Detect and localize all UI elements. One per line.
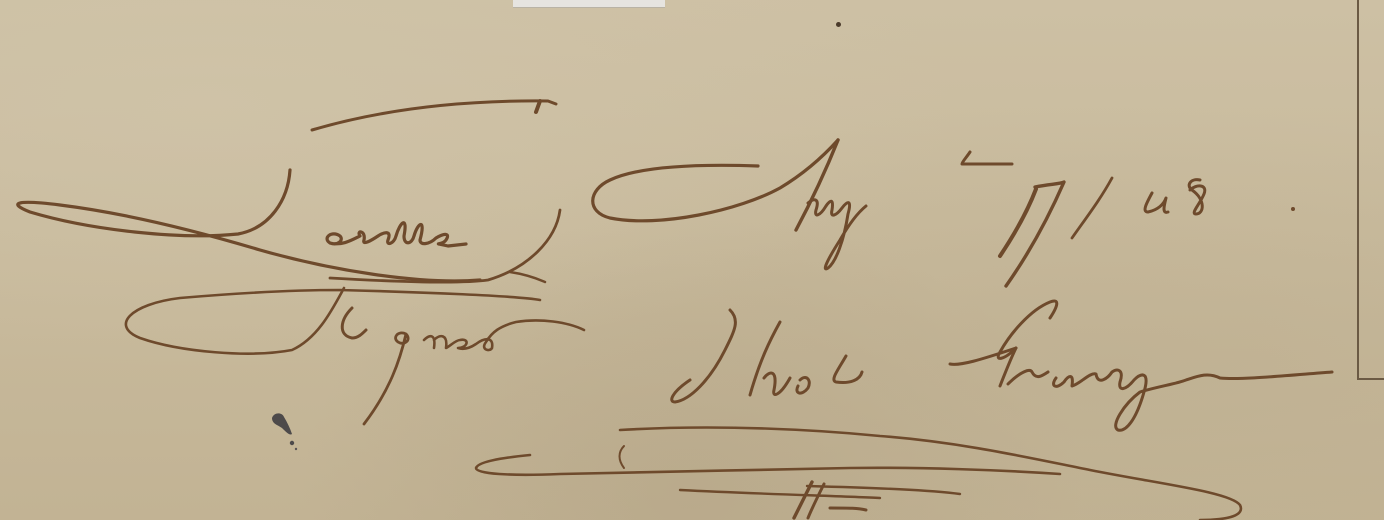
flourish-top: [312, 101, 556, 130]
word-thos: [672, 310, 736, 402]
scanned-document-page: Leeds Aug 17/48. Signed Thos Grainger #: [0, 0, 1384, 520]
handwriting-strokes: [0, 0, 1384, 520]
word-leeds: [18, 170, 480, 281]
word-grainger: [950, 301, 1057, 364]
word-aug: [593, 140, 838, 221]
closing-flourish: [620, 428, 1241, 520]
